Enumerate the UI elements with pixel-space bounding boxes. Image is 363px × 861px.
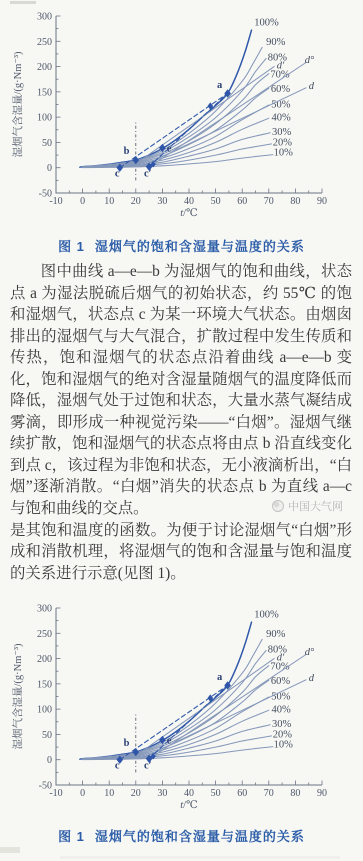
- watermark-logo-icon: [272, 500, 284, 512]
- curve-label-d′: d′: [277, 653, 285, 664]
- curve-label-60%: 60%: [271, 84, 291, 95]
- figure-1-duplicate: -100102030405060708090-50050100150200250…: [0, 592, 363, 820]
- point-label-b: b: [124, 146, 130, 157]
- y-axis-ticks: -50050100150200250300: [37, 12, 61, 200]
- svg-text:40: 40: [184, 788, 194, 799]
- svg-text:150: 150: [37, 87, 52, 98]
- point-label-a: a: [217, 672, 223, 683]
- curve-saturation-100: [80, 622, 252, 759]
- point-label-a: a: [217, 80, 223, 91]
- curve-label-40%: 40%: [272, 113, 292, 124]
- curve-label-60%: 60%: [271, 676, 291, 687]
- y-axis-ticks: -50050100150200250300: [37, 604, 61, 792]
- curve-rh-60: [83, 88, 269, 167]
- curve-label-50%: 50%: [271, 100, 291, 111]
- svg-text:-50: -50: [39, 189, 52, 200]
- svg-text:60: 60: [237, 788, 247, 799]
- x-axis-title: t/℃: [180, 208, 198, 219]
- svg-text:40: 40: [184, 196, 194, 207]
- point-label-c′: c′: [144, 168, 152, 179]
- figure-caption-title: 湿烟气的饱和含湿量与温度的关系: [95, 829, 305, 844]
- curve-rh-60: [83, 680, 269, 759]
- curve-label-90%: 90%: [266, 629, 286, 640]
- paragraph-2: 是其饱和温度的函数。为便于讨论湿烟气“白烟”形成和消散机理，将湿烟气的饱和含湿量…: [10, 520, 352, 585]
- svg-text:80: 80: [290, 788, 300, 799]
- figure-caption-label: 图 1: [58, 829, 85, 844]
- svg-text:200: 200: [37, 654, 52, 665]
- figure-caption: 图 1湿烟气的饱和含湿量与温度的关系: [0, 236, 363, 255]
- svg-text:0: 0: [47, 163, 52, 174]
- svg-text:70: 70: [264, 196, 274, 207]
- svg-text:300: 300: [37, 604, 52, 615]
- point-label-c′: c′: [144, 760, 152, 771]
- curve-label-d°: d°: [305, 647, 315, 658]
- figure-caption-duplicate: 图 1湿烟气的饱和含湿量与温度的关系: [0, 826, 363, 845]
- svg-text:50: 50: [42, 730, 52, 741]
- svg-text:0: 0: [80, 788, 85, 799]
- svg-text:100: 100: [37, 113, 52, 124]
- curve-label-100%: 100%: [254, 18, 279, 29]
- cut-off-text-line: [60, 856, 340, 859]
- figure-1-chart-duplicate: -100102030405060708090-50050100150200250…: [0, 592, 363, 820]
- svg-text:0: 0: [80, 196, 85, 207]
- x-axis-title: t/℃: [180, 800, 198, 811]
- curve-label-100%: 100%: [254, 610, 279, 621]
- svg-text:250: 250: [37, 37, 52, 48]
- curve-label-d′: d′: [277, 61, 285, 72]
- svg-text:20: 20: [131, 788, 141, 799]
- body-text: 图中曲线 a—e—b 为湿烟气的饱和曲线，状态点 a 为湿法脱硫后烟气的初始状态…: [10, 261, 352, 584]
- figure-caption-label: 图 1: [58, 239, 85, 254]
- curve-label-d: d: [309, 673, 315, 684]
- scanned-article-page: -100102030405060708090-50050100150200250…: [0, 0, 363, 861]
- svg-text:50: 50: [211, 788, 221, 799]
- figure-caption-title: 湿烟气的饱和含湿量与温度的关系: [95, 239, 305, 254]
- y-axis-title: 湿烟气含湿量/(g·Nm⁻³): [11, 51, 24, 158]
- svg-text:300: 300: [37, 12, 52, 23]
- svg-text:90: 90: [317, 788, 327, 799]
- svg-text:10: 10: [104, 196, 114, 207]
- svg-text:30: 30: [157, 788, 167, 799]
- watermark-text: 中国大气网: [288, 498, 343, 514]
- curve-label-30%: 30%: [272, 127, 292, 138]
- svg-text:70: 70: [264, 788, 274, 799]
- curve-label-d: d: [309, 81, 315, 92]
- svg-text:60: 60: [237, 196, 247, 207]
- y-axis-title: 湿烟气含湿量/(g·Nm⁻³): [11, 643, 24, 750]
- svg-text:90: 90: [317, 196, 327, 207]
- svg-text:-50: -50: [39, 781, 52, 792]
- point-label-e: e: [167, 736, 172, 747]
- paragraph-1: 图中曲线 a—e—b 为湿烟气的饱和曲线，状态点 a 为湿法脱硫后烟气的初始状态…: [10, 261, 352, 520]
- svg-text:50: 50: [42, 138, 52, 149]
- svg-text:10: 10: [104, 788, 114, 799]
- point-label-c: c: [115, 760, 120, 771]
- scan-artifact: [0, 847, 20, 853]
- curve-label-50%: 50%: [271, 692, 291, 703]
- svg-text:100: 100: [37, 705, 52, 716]
- x-axis-ticks: -100102030405060708090: [49, 189, 327, 208]
- watermark: 中国大气网: [272, 498, 343, 514]
- curve-label-30%: 30%: [272, 719, 292, 730]
- curve-label-90%: 90%: [266, 37, 286, 48]
- figure-1-chart: -100102030405060708090-50050100150200250…: [0, 0, 363, 228]
- curve-label-10%: 10%: [274, 148, 294, 159]
- figure-1: -100102030405060708090-50050100150200250…: [0, 0, 363, 228]
- point-label-b: b: [124, 738, 130, 749]
- svg-text:200: 200: [37, 62, 52, 73]
- point-label-e: e: [167, 144, 172, 155]
- svg-text:20: 20: [131, 196, 141, 207]
- curve-label-10%: 10%: [274, 740, 294, 751]
- curve-label-40%: 40%: [272, 705, 292, 716]
- x-axis-ticks: -100102030405060708090: [49, 781, 327, 800]
- svg-text:0: 0: [47, 755, 52, 766]
- svg-text:50: 50: [211, 196, 221, 207]
- curve-label-d°: d°: [305, 55, 315, 66]
- svg-text:150: 150: [37, 679, 52, 690]
- svg-text:80: 80: [290, 196, 300, 207]
- curve-saturation-100: [80, 30, 252, 167]
- svg-text:250: 250: [37, 629, 52, 640]
- svg-text:30: 30: [157, 196, 167, 207]
- point-label-c: c: [115, 168, 120, 179]
